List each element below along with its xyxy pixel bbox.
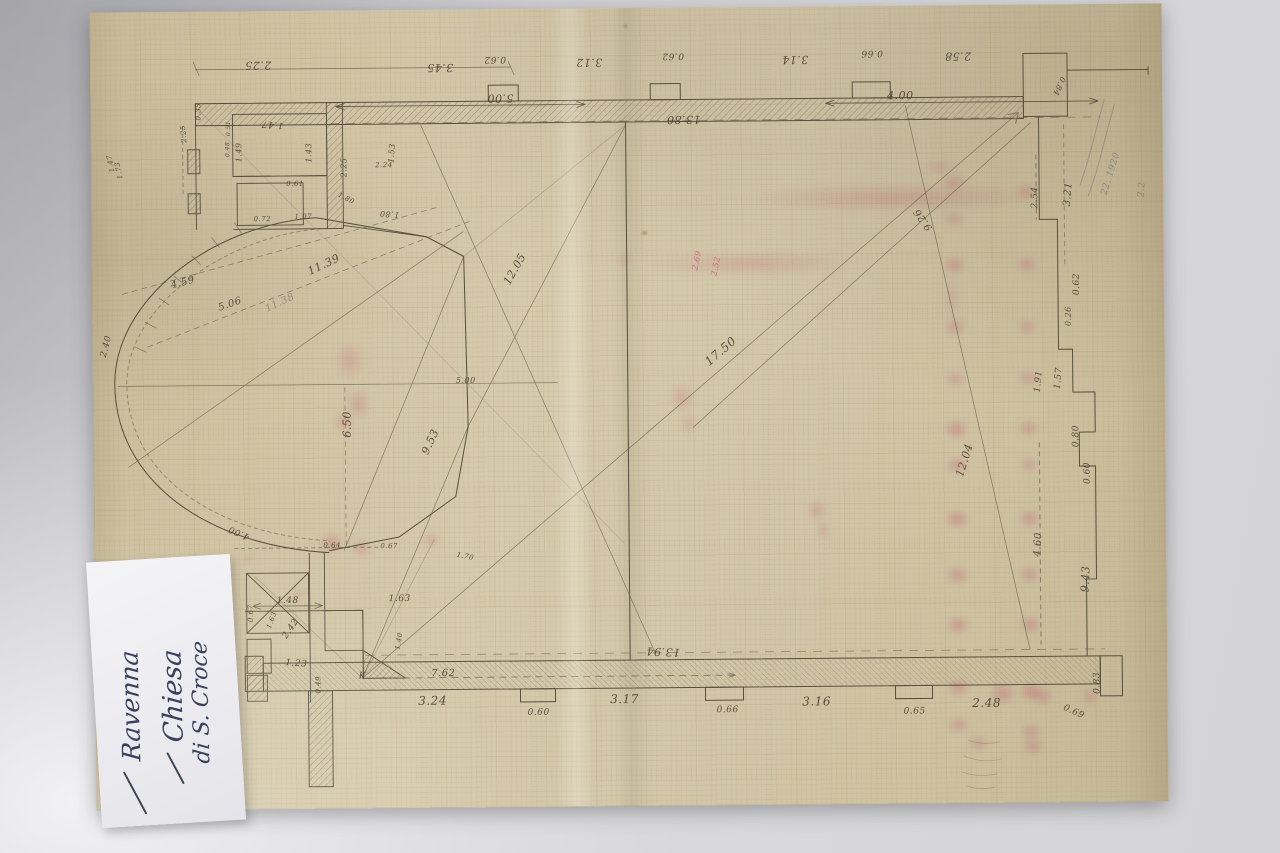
dimension-annotation: 4.00 [227,523,251,541]
dimension-annotation: 0.62 [484,54,506,64]
dimension-annotation: 1.63 [389,594,411,604]
dimension-annotation: 0.62 [662,51,684,61]
dimension-annotation: 1.49 [234,142,243,162]
pen-flourish [122,771,146,814]
dimension-annotation: 0.35 [194,103,202,121]
dimension-annotation: 1.07 [294,213,312,221]
dimension-annotation: 7.62 [431,668,455,679]
dimension-annotation: 0.80 [1071,425,1081,447]
dimension-annotation: 2.54 [1030,186,1040,208]
dimension-annotation: 0.65 [904,706,926,716]
dimension-annotation: 3.21 [1062,182,1075,207]
card-line-place: Ravenna [114,649,146,762]
dimension-annotation: 0.66 [717,705,739,715]
dimension-annotation: 1.80 [337,191,356,206]
dimension-annotation: 0.67 [380,542,398,550]
dimension-annotation: 1.57 [1053,367,1065,390]
dimension-annotation: 1.91 [1033,370,1045,393]
dimension-annotation: 1.43 [304,143,313,163]
card-line-building: Chiesa [156,648,189,743]
dimension-annotation: 3.16 [802,694,831,708]
dimension-annotation: 1.73 [113,161,124,180]
dimension-annotation: 0.67 [247,604,255,622]
dimension-annotation: 1.47 [261,118,284,130]
dimension-annotation: 1.48 [277,596,299,606]
dimension-annotation: 2.52 [709,256,722,277]
dimension-annotation: 3.17 [610,692,639,706]
dimension-annotation: 2.25 [245,59,272,72]
dimension-annotation: K [359,671,366,681]
dimension-annotation: 0.62 [1072,273,1082,295]
dimension-annotation: 2.24 [375,161,393,169]
dimension-annotation: 2.25 [179,125,189,143]
dimension-annotation: 1.63 [265,610,278,629]
dimension-annotation: 6.50 [341,411,354,438]
dimension-annotation: 2.69 [690,250,703,271]
dimension-annotation: 2.25 [339,158,348,178]
dimension-annotation: 5.00 [487,91,514,104]
dimension-annotation: 5.06 [217,295,244,313]
dimension-annotation: 12.04 [953,442,976,478]
label-card-text: Ravenna Chiesa di S. Croce [113,563,217,823]
drawing-sheet: 2.253.450.623.120.623.140.662.585.004.00… [90,3,1169,810]
dimension-annotation: 0.84 [1051,75,1067,97]
dimension-annotation: 3.14 [782,53,809,66]
label-card: Ravenna Chiesa di S. Croce [86,554,246,828]
card-line-dedication: di S. Croce [187,640,215,764]
dimension-annotation: 3.45 [427,61,454,74]
dimension-annotation: 11.38 [264,291,297,314]
dimension-annotation: 0.64 [323,542,341,550]
dimension-annotation: 1.70 [456,551,475,562]
dimension-annotation: 13.80 [666,113,700,126]
photo-backdrop: 2.253.450.623.120.623.140.662.585.004.00… [0,0,1280,853]
dimension-annotation: 9.53 [419,427,442,457]
dimension-annotation: 3.12 [576,56,603,69]
dimension-annotation: 2.48 [972,696,1001,710]
dimension-annotation: 1.80 [379,209,399,220]
dimension-annotation: 4.00 [887,89,914,102]
dimension-annotation: 0.49 [314,676,322,694]
dimension-annotation: 9.26 [912,206,935,232]
pen-flourish [167,752,186,784]
dimension-annotation: 0.83 [1092,672,1102,694]
dimension-annotation: 5.00 [456,376,476,385]
dimension-annotation: 13.94 [646,644,681,658]
dimension-annotation: 3.24 [418,694,447,708]
dimension-annotation: 0.66 [861,48,883,58]
dimension-annotation: 0.48 [224,142,231,157]
dimension-annotation: 2.2 [1137,181,1148,198]
dimension-annotation: 0.69 [1062,703,1086,721]
dimension-annotation: 4.59 [170,275,196,292]
dimension-annotation: 0.61 [286,180,304,188]
dimension-annotation: 0.60 [1082,462,1092,484]
dimension-annotation: 9.43 [1078,566,1092,593]
dimension-annotation: 1.40 [394,632,405,651]
dimension-annotation: 0.26 [1064,306,1073,326]
dimension-annotation: 0.72 [254,215,272,223]
dimension-annotations: 2.253.450.623.120.623.140.662.585.004.00… [90,3,1169,810]
dimension-annotation: 17.50 [702,334,739,369]
dimension-annotation: 1.23 [285,658,308,670]
dimension-annotation: 12.05 [501,251,529,287]
dimension-annotation: 0.60 [528,708,550,718]
dimension-annotation: 4.60 [1032,532,1044,557]
dimension-annotation: 2.42 [281,617,302,641]
dimension-annotation: 2.58 [945,50,972,63]
dimension-annotation: 22, 1920 [1100,151,1123,196]
dimension-annotation: 11.39 [306,251,342,277]
dimension-annotation: 2.40 [99,335,114,359]
dimension-annotation: 0.51 [225,121,232,136]
